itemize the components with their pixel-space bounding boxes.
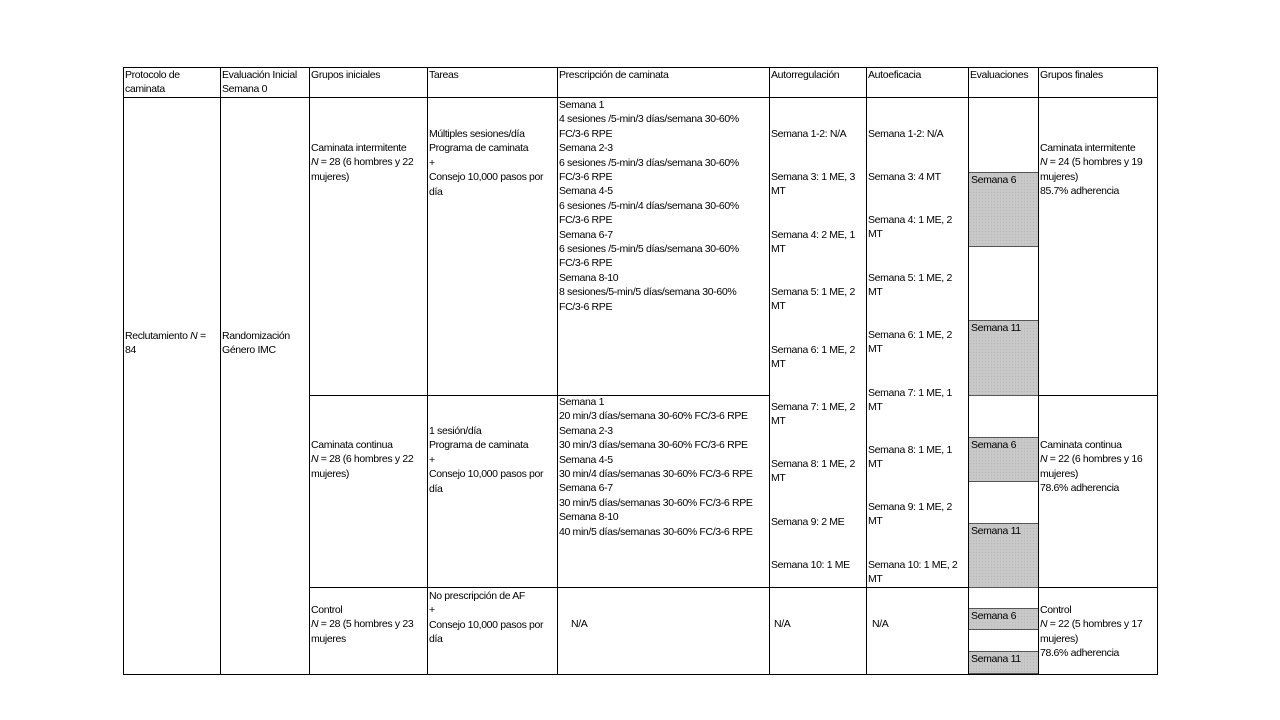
header-initial-groups: Grupos iniciales	[309, 68, 427, 82]
evaluation-week6-continuous: Semana 6	[969, 437, 1038, 482]
self-regulation-item: Semana 6: 1 ME, 2 MT	[769, 343, 866, 372]
self-efficacy-item: Semana 5: 1 ME, 2 MT	[866, 271, 968, 300]
self-regulation-item: Semana 7: 1 ME, 2 MT	[769, 400, 866, 429]
evaluation-week11-intermittent: Semana 11	[969, 320, 1038, 396]
initial-group-control: Control N = 28 (5 hombres y 23 mujeres	[309, 603, 427, 646]
self-regulation-control: N/A	[772, 617, 862, 631]
self-regulation-item: Semana 8: 1 ME, 2 MT	[769, 457, 866, 486]
self-efficacy-item: Semana 1-2: N/A	[866, 127, 968, 141]
header-baseline: Evaluación Inicial Semana 0	[220, 68, 310, 97]
header-final-groups: Grupos finales	[1038, 68, 1158, 82]
header-self-efficacy: Autoeficacia	[866, 68, 968, 82]
tasks-control: No prescripción de AF + Consejo 10,000 p…	[427, 589, 557, 647]
self-efficacy-item: Semana 9: 1 ME, 2 MT	[866, 500, 968, 529]
initial-group-intermittent: Caminata intermitente N = 28 (6 hombres …	[309, 141, 427, 184]
col-divider	[220, 67, 221, 675]
self-regulation-item: Semana 3: 1 ME, 3 MT	[769, 170, 866, 199]
tasks-intermittent: Múltiples sesiones/día Programa de camin…	[427, 127, 557, 199]
final-group-intermittent: Caminata intermitente N = 24 (5 hombres …	[1038, 141, 1158, 199]
prescription-control: N/A	[569, 617, 759, 631]
self-efficacy-item: Semana 6: 1 ME, 2 MT	[866, 328, 968, 357]
final-group-continuous: Caminata continua N = 22 (6 hombres y 16…	[1038, 438, 1158, 496]
self-efficacy-item: Semana 8: 1 ME, 1 MT	[866, 443, 968, 472]
self-efficacy-control: N/A	[870, 617, 960, 631]
self-efficacy-item: Semana 3: 4 MT	[866, 170, 968, 184]
self-efficacy-item: Semana 7: 1 ME, 1 MT	[866, 386, 968, 415]
self-regulation-item: Semana 10: 1 ME	[769, 558, 866, 572]
evaluation-week11-continuous: Semana 11	[969, 523, 1038, 588]
final-group-control: Control N = 22 (5 hombres y 17 mujeres) …	[1038, 603, 1158, 661]
self-regulation-item: Semana 1-2: N/A	[769, 127, 866, 141]
evaluation-week11-control: Semana 11	[969, 651, 1038, 674]
self-regulation-item: Semana 4: 2 ME, 1 MT	[769, 228, 866, 257]
header-prescription: Prescripción de caminata	[557, 68, 769, 82]
protocol-table: Protocolo de caminata Evaluación Inicial…	[0, 0, 1280, 720]
col-divider	[123, 67, 124, 675]
baseline-cell: Randomización Género IMC	[220, 329, 310, 358]
evaluation-week6-intermittent: Semana 6	[969, 172, 1038, 247]
header-evaluations: Evaluaciones	[968, 68, 1039, 82]
self-regulation-item: Semana 9: 2 ME	[769, 515, 866, 529]
row-divider	[1038, 395, 1158, 396]
prescription-continuous: Semana 1 20 min/3 días/semana 30-60% FC/…	[557, 395, 771, 539]
header-self-regulation: Autorregulación	[769, 68, 866, 82]
self-regulation-item: Semana 5: 1 ME, 2 MT	[769, 285, 866, 314]
table-border-bottom	[123, 674, 1158, 675]
initial-group-continuous: Caminata continua N = 28 (6 hombres y 22…	[309, 438, 427, 481]
self-efficacy-item: Semana 10: 1 ME, 2 MT	[866, 558, 968, 587]
prescription-intermittent: Semana 1 4 sesiones /5-min/3 días/semana…	[557, 98, 769, 314]
tasks-continuous: 1 sesión/día Programa de caminata + Cons…	[427, 424, 557, 496]
header-tasks: Tareas	[427, 68, 557, 82]
evaluation-week6-control: Semana 6	[969, 608, 1038, 630]
recruitment-cell: Reclutamiento N = 84	[123, 329, 220, 358]
header-protocol: Protocolo de caminata	[123, 68, 220, 97]
self-efficacy-item: Semana 4: 1 ME, 2 MT	[866, 213, 968, 242]
